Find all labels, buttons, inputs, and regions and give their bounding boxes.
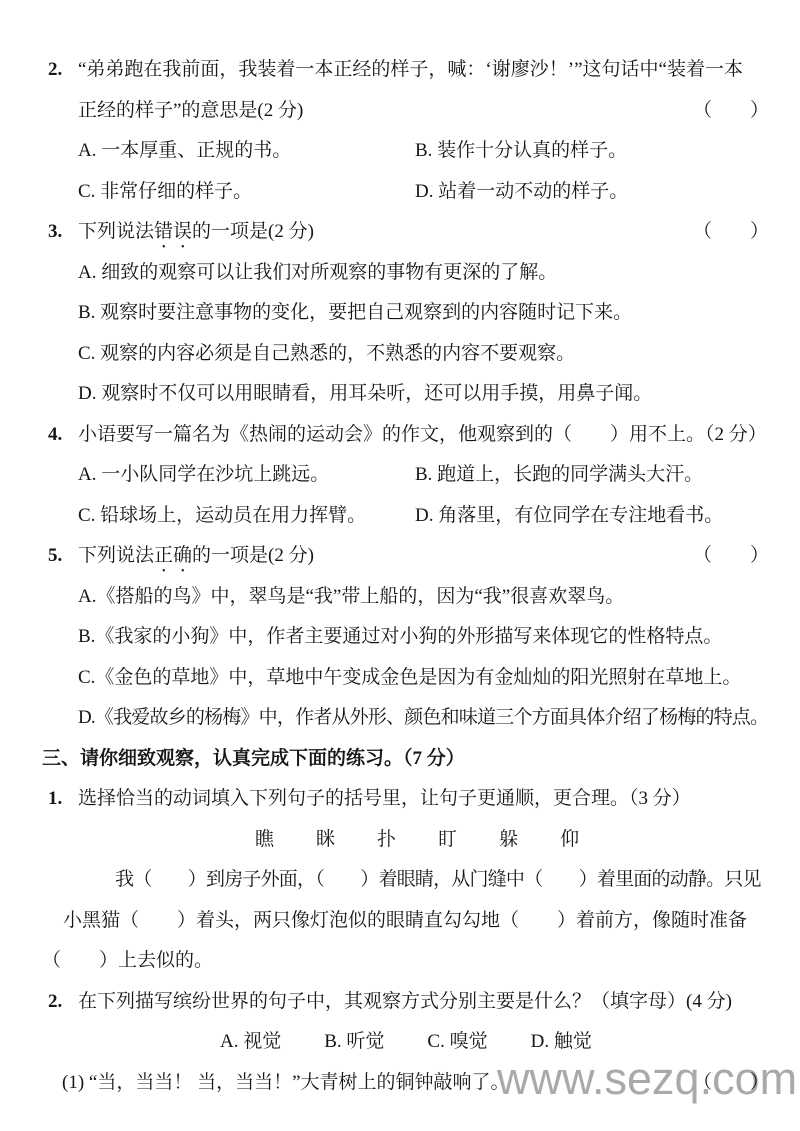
option-d: D. 站着一动不动的样子。 (415, 172, 628, 213)
question-2-stem-line-2: 正经的样子”的意思是(2 分) （ ） (0, 91, 800, 132)
question-3-stem-line: 3.下列说法错误的一项是(2 分) （ ） (0, 212, 800, 253)
question-3-option-c: C. 观察的内容必须是自己熟悉的，不熟悉的内容不要观察。 (0, 334, 800, 375)
question-5-option-b: B.《我家的小狗》中，作者主要通过对小狗的外形描写来体现它的性格特点。 (0, 617, 800, 658)
question-number: 2. (48, 50, 78, 91)
question-stem: 的一项是(2 分) (192, 545, 314, 566)
item-stem: 选择恰当的动词填入下列句子的括号里，让句子更通顺，更合理。（3 分） (78, 788, 691, 809)
answer-bracket: （ ） (693, 1063, 769, 1104)
emphasized-word: 错误 (154, 221, 192, 242)
word-bank: 瞧 眯 扑 盯 躲 仰 (0, 820, 800, 861)
sense-choices-row: A. 视觉 B. 听觉 C. 嗅觉 D. 触觉 (0, 1022, 800, 1063)
question-stem: 下列说法 (78, 221, 154, 242)
question-stem: 下列说法 (78, 545, 154, 566)
question-stem: 的一项是(2 分) (192, 221, 314, 242)
choice-b: B. 听觉 (324, 1022, 384, 1063)
item-number: 2. (48, 982, 78, 1023)
choice-c: C. 嗅觉 (427, 1022, 487, 1063)
passage-text: 小黑猫（ ）着头，两只像灯泡似的眼睛直勾勾地（ ）着前方，像随时准备 (63, 910, 747, 931)
option-d: D. 观察时不仅可以用眼睛看，用耳朵听，还可以用手摸，用鼻子闻。 (78, 383, 652, 404)
question-2-options-row-2: C. 非常仔细的样子。 D. 站着一动不动的样子。 (0, 172, 800, 213)
question-5-option-a: A.《搭船的鸟》中，翠鸟是“我”带上船的，因为“我”很喜欢翠鸟。 (0, 577, 800, 618)
option-b: B. 跑道上，长跑的同学满头大汗。 (415, 455, 703, 496)
question-3-option-b: B. 观察时要注意事物的变化，要把自己观察到的内容随时记下来。 (0, 293, 800, 334)
question-stem: 正经的样子”的意思是(2 分) (78, 100, 303, 121)
section-3-heading: 三、请你细致观察，认真完成下面的练习。（7 分） (0, 739, 800, 780)
question-3-option-d: D. 观察时不仅可以用眼睛看，用耳朵听，还可以用手摸，用鼻子闻。 (0, 374, 800, 415)
answer-bracket: （ ） (693, 536, 769, 577)
question-4-stem-line: 4.小语要写一篇名为《热闹的运动会》的作文，他观察到的（ ）用不上。（2 分） (0, 415, 800, 456)
word-bank-item: 躲 (499, 820, 518, 861)
question-stem: 小语要写一篇名为《热闹的运动会》的作文，他观察到的（ ）用不上。（2 分） (78, 424, 767, 445)
word-bank-item: 眯 (316, 820, 335, 861)
word-bank-item: 盯 (438, 820, 457, 861)
section-3-item-2-stem: 2.在下列描写缤纷世界的句子中，其观察方式分别主要是什么？（填字母）(4 分) (0, 982, 800, 1023)
question-5-option-c: C.《金色的草地》中，草地中午变成金色是因为有金灿灿的阳光照射在草地上。 (0, 658, 800, 699)
option-b: B. 观察时要注意事物的变化，要把自己观察到的内容随时记下来。 (78, 302, 632, 323)
answer-bracket: （ ） (693, 212, 769, 253)
option-b: B.《我家的小狗》中，作者主要通过对小狗的外形描写来体现它的性格特点。 (78, 626, 722, 647)
question-2-options-row-1: A. 一本厚重、正规的书。 B. 装作十分认真的样子。 (0, 131, 800, 172)
option-c: C. 铅球场上，运动员在用力挥臂。 (78, 496, 415, 537)
sub-question-1: (1) “当，当当！ 当，当当！”大青树上的铜钟敲响了。 （ ） (0, 1063, 800, 1104)
option-c: C. 观察的内容必须是自己熟悉的，不熟悉的内容不要观察。 (78, 343, 575, 364)
question-5-stem-line: 5.下列说法正确的一项是(2 分) （ ） (0, 536, 800, 577)
word-bank-item: 瞧 (255, 820, 274, 861)
section-3-item-1-stem: 1.选择恰当的动词填入下列句子的括号里，让句子更通顺，更合理。（3 分） (0, 779, 800, 820)
item-number: 1. (48, 779, 78, 820)
emphasized-word: 正确 (154, 545, 192, 566)
choice-d: D. 触觉 (531, 1022, 592, 1063)
question-number: 3. (48, 212, 78, 253)
question-4-options-row-2: C. 铅球场上，运动员在用力挥臂。 D. 角落里，有位同学在专注地看书。 (0, 496, 800, 537)
word-bank-item: 扑 (377, 820, 396, 861)
passage-text: （ ）上去似的。 (42, 950, 213, 971)
question-number: 4. (48, 415, 78, 456)
passage-line: 我（ ）到房子外面，（ ）着眼睛，从门缝中（ ）着里面的动静。只见 (0, 860, 800, 901)
option-d: D.《我爱故乡的杨梅》中，作者从外形、颜色和味道三个方面具体介绍了杨梅的特点。 (78, 707, 768, 728)
option-d: D. 角落里，有位同学在专注地看书。 (415, 496, 723, 537)
sub-question-text: (1) “当，当当！ 当，当当！”大青树上的铜钟敲响了。 (62, 1072, 510, 1093)
question-3-option-a: A. 细致的观察可以让我们对所观察的事物有更深的了解。 (0, 253, 800, 294)
choice-a: A. 视觉 (220, 1022, 281, 1063)
option-c: C. 非常仔细的样子。 (78, 172, 415, 213)
item-stem: 在下列描写缤纷世界的句子中，其观察方式分别主要是什么？（填字母）(4 分) (78, 991, 732, 1012)
answer-bracket: （ ） (693, 91, 769, 132)
option-a: A. 一本厚重、正规的书。 (78, 131, 415, 172)
question-number: 5. (48, 536, 78, 577)
question-5-option-d: D.《我爱故乡的杨梅》中，作者从外形、颜色和味道三个方面具体介绍了杨梅的特点。 (0, 698, 800, 739)
question-2-stem-line-1: 2.“弟弟跑在我前面，我装着一本正经的样子，喊：‘谢廖沙！’”这句话中“装着一本 (0, 50, 800, 91)
option-c: C.《金色的草地》中，草地中午变成金色是因为有金灿灿的阳光照射在草地上。 (78, 667, 741, 688)
exam-page: 2.“弟弟跑在我前面，我装着一本正经的样子，喊：‘谢廖沙！’”这句话中“装着一本… (0, 0, 800, 1131)
option-a: A.《搭船的鸟》中，翠鸟是“我”带上船的，因为“我”很喜欢翠鸟。 (78, 586, 624, 607)
question-4-options-row-1: A. 一小队同学在沙坑上跳远。 B. 跑道上，长跑的同学满头大汗。 (0, 455, 800, 496)
passage-line: （ ）上去似的。 (0, 941, 800, 982)
option-b: B. 装作十分认真的样子。 (415, 131, 627, 172)
word-bank-item: 仰 (560, 820, 579, 861)
section-heading-text: 三、请你细致观察，认真完成下面的练习。（7 分） (42, 748, 465, 769)
passage-line: 小黑猫（ ）着头，两只像灯泡似的眼睛直勾勾地（ ）着前方，像随时准备 (0, 901, 800, 942)
passage-text: 我（ ）到房子外面，（ ）着眼睛，从门缝中（ ）着里面的动静。只见 (115, 869, 761, 890)
option-a: A. 细致的观察可以让我们对所观察的事物有更深的了解。 (78, 262, 557, 283)
question-stem: “弟弟跑在我前面，我装着一本正经的样子，喊：‘谢廖沙！’”这句话中“装着一本 (78, 59, 743, 80)
option-a: A. 一小队同学在沙坑上跳远。 (78, 455, 415, 496)
